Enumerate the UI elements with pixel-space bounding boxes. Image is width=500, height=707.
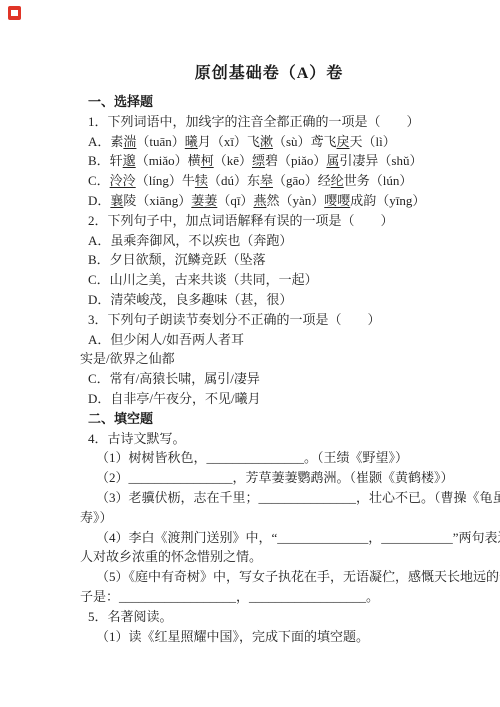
q3-option-b: 实是/欲界之仙都 [80, 349, 478, 369]
q3-option-a: A．但少闲人/如吾两人者耳 [80, 330, 478, 350]
question-5: 5．名著阅读。 [80, 607, 478, 627]
q3-option-c: C．常有/高猿长啸，属引/凄异 [80, 369, 478, 389]
q4-item-3: （3）老骥伏枥，志在千里；_______________，壮心不已。（曹操《龟虽 [80, 488, 478, 508]
corner-logo [8, 6, 21, 20]
q4-item-2: （2）________________，芳草萋萋鹦鹉洲。（崔颢《黄鹤楼》） [80, 468, 478, 488]
question-3: 3．下列句子朗读节奏划分不正确的一项是（ ） [80, 310, 478, 330]
corner-logo-inner [11, 10, 18, 16]
q1-option-a: A．素湍（tuān）曦月（xī）飞漱（sù）鸢飞戾天（lì） [80, 132, 478, 152]
q4-item-3-continuation: 寿》） [80, 508, 478, 528]
q4-item-4: （4）李白《渡荆门送别》中，“______________，__________… [80, 528, 478, 548]
question-1: 1．下列词语中，加线字的注音全都正确的一项是（ ） [80, 112, 478, 132]
q4-item-4-continuation: 人对故乡浓重的怀念惜别之情。 [80, 547, 478, 567]
q4-item-5-continuation: 子是：__________________，__________________… [80, 587, 478, 607]
q1-option-c: C．泠泠（líng）牛犊（dú）东皋（gāo）经纶世务（lún） [80, 171, 478, 191]
q3-option-d: D．自非亭/午夜分，不见/曦月 [80, 389, 478, 409]
q1-option-d: D．襄陵（xiāng）萋萋（qī）燕然（yàn）嘤嘤成韵（yīng） [80, 191, 478, 211]
question-2: 2．下列句子中，加点词语解释有误的一项是（ ） [80, 211, 478, 231]
q2-option-b: B．夕日欲颓，沉鳞竞跃（坠落 [80, 250, 478, 270]
section-2-header: 二、填空题 [80, 409, 478, 429]
test-paper-page: 原创基础卷（A）卷 一、选择题 1．下列词语中，加线字的注音全都正确的一项是（ … [0, 0, 500, 707]
question-4: 4．古诗文默写。 [80, 429, 478, 449]
document-body: 一、选择题 1．下列词语中，加线字的注音全都正确的一项是（ ） A．素湍（tuā… [80, 92, 478, 646]
q5-item-1: （1）读《红星照耀中国》，完成下面的填空题。 [80, 627, 478, 647]
page-title: 原创基础卷（A）卷 [80, 0, 458, 83]
q1-option-b: B．轩邈（miǎo）横柯（kē）缥碧（piǎo）属引凄异（shǔ） [80, 151, 478, 171]
q2-option-c: C．山川之美，古来共谈（共同，一起） [80, 270, 478, 290]
q4-item-5: （5）《庭中有奇树》中，写女子执花在手，无语凝伫，感慨天长地远的句 [80, 567, 478, 587]
q4-item-1: （1）树树皆秋色，_______________。（王绩《野望》） [80, 448, 478, 468]
q2-option-a: A．虽乘奔御风，不以疾也（奔跑） [80, 231, 478, 251]
section-1-header: 一、选择题 [80, 92, 478, 112]
q2-option-d: D．清荣峻茂，良多趣味（甚，很） [80, 290, 478, 310]
